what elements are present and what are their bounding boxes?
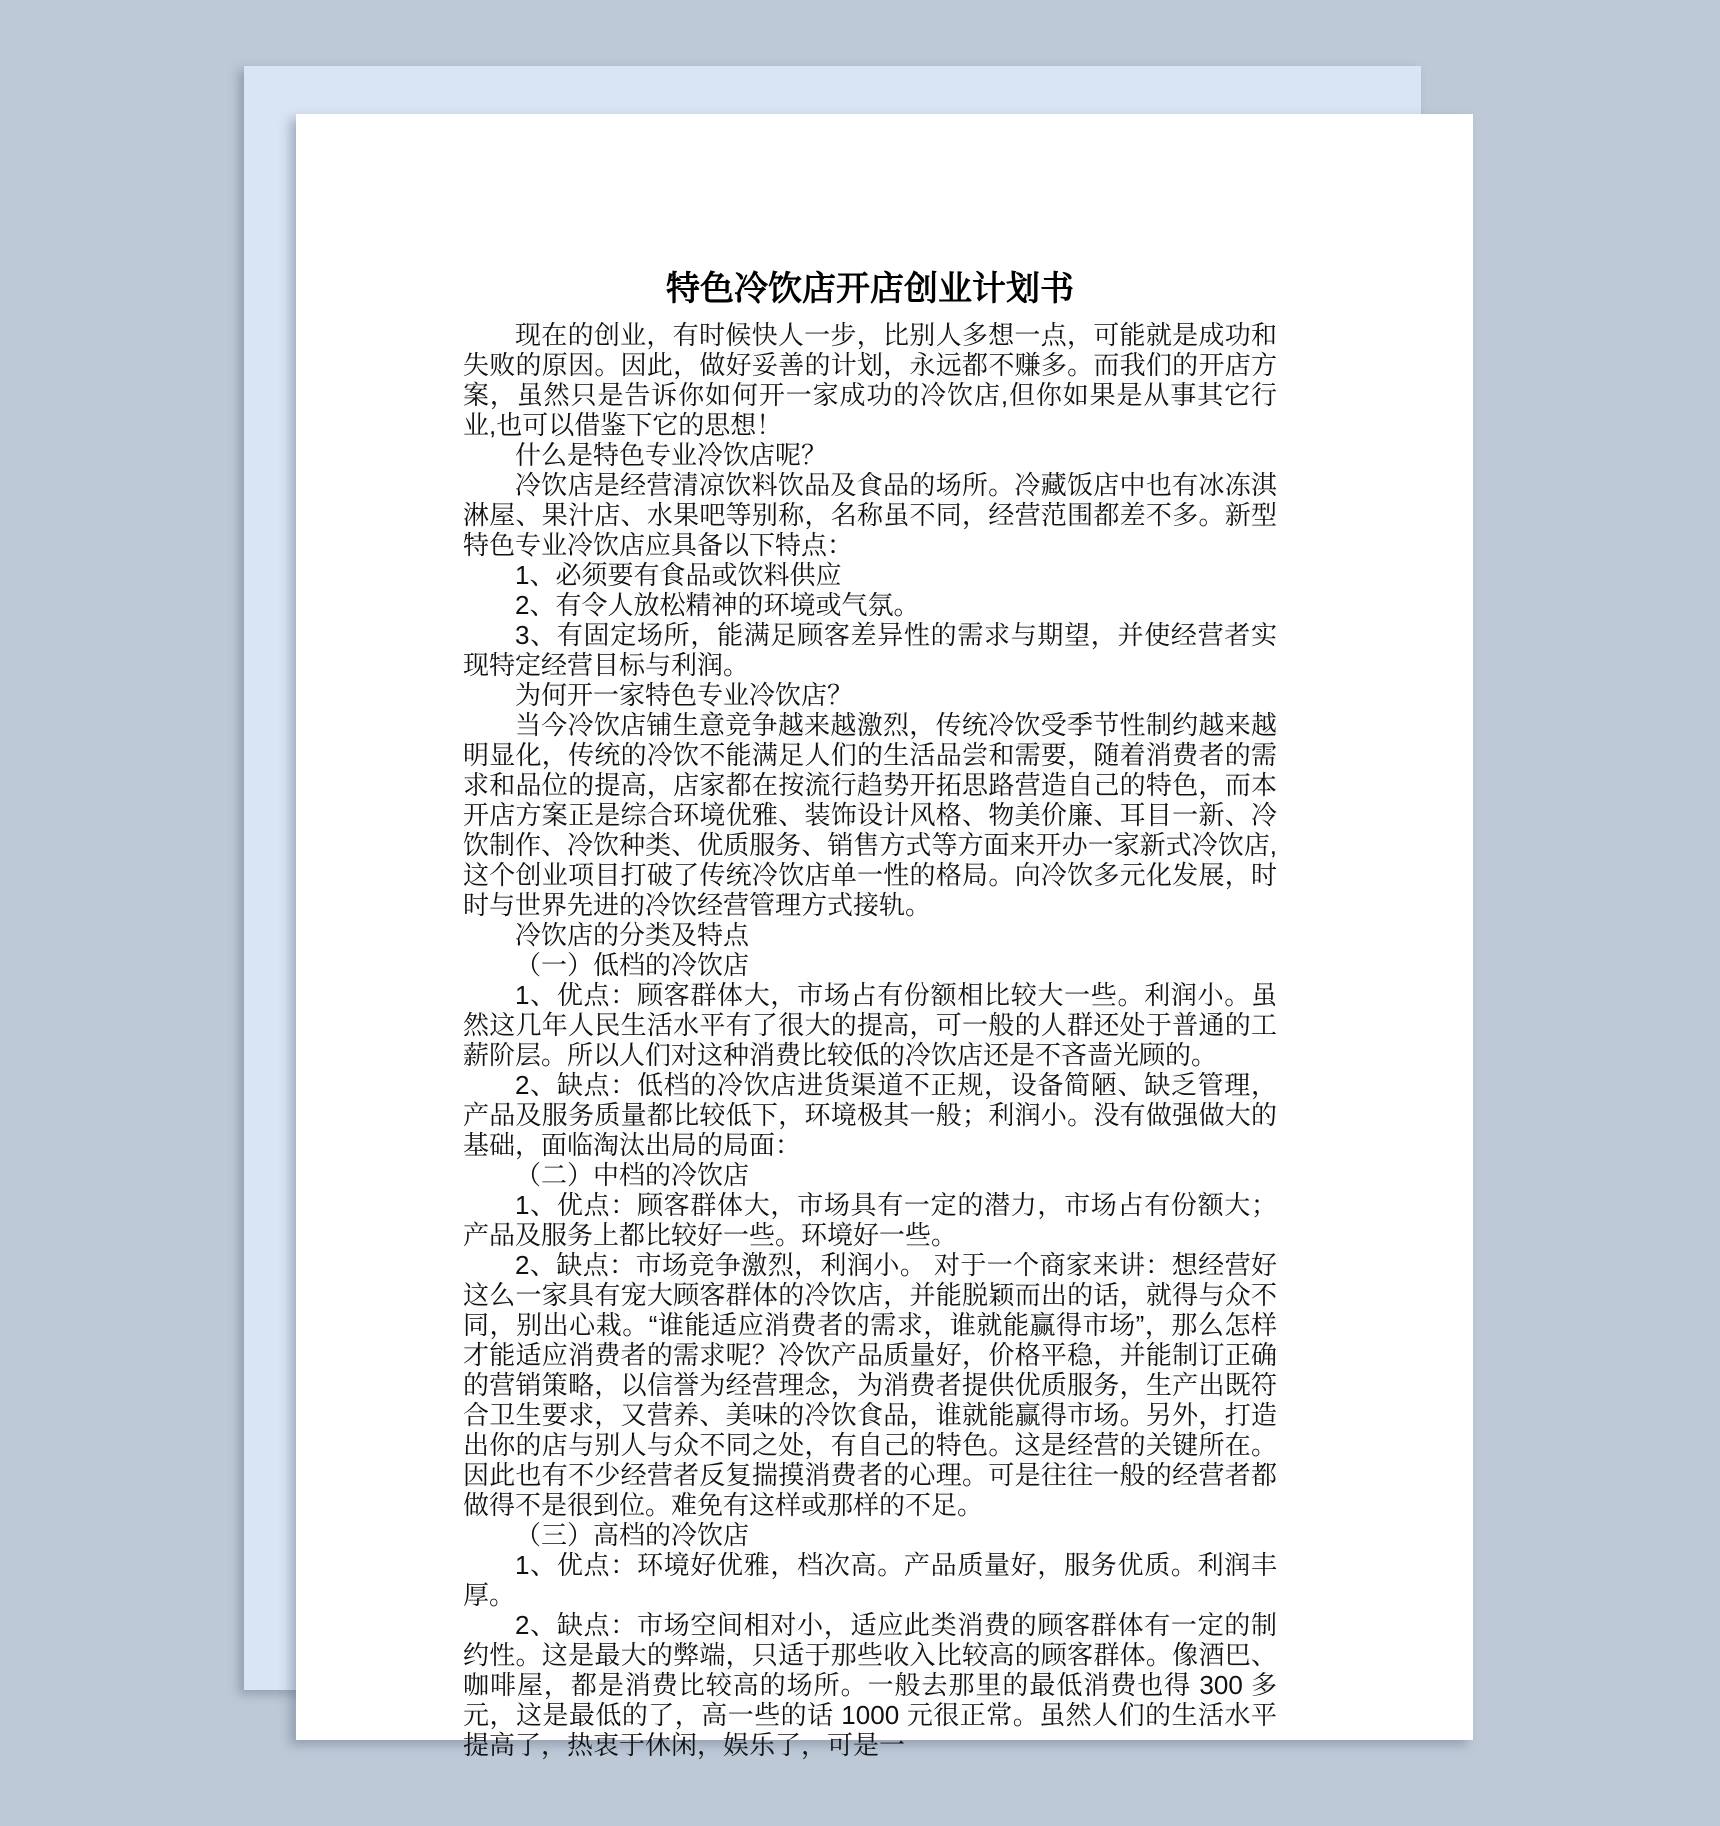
paragraph: 冷饮店是经营清凉饮料饮品及食品的场所。冷藏饭店中也有冰冻淇淋屋、果汁店、水果吧等… (463, 470, 1277, 560)
paragraph: 什么是特色专业冷饮店呢？ (463, 440, 1277, 470)
paragraph: 1、必须要有食品或饮料供应 (463, 560, 1277, 590)
document-title: 特色冷饮店开店创业计划书 (463, 270, 1277, 308)
paragraph: （二）中档的冷饮店 (463, 1160, 1277, 1190)
desk-background: { "colors": { "background": "#bdc9d7", "… (0, 0, 1720, 1826)
paragraph: 冷饮店的分类及特点 (463, 920, 1277, 950)
document-content: 特色冷饮店开店创业计划书 现在的创业，有时候快人一步，比别人多想一点，可能就是成… (296, 114, 1473, 1760)
paragraph: 1、优点：顾客群体大，市场具有一定的潜力，市场占有份额大；产品及服务上都比较好一… (463, 1190, 1277, 1250)
paragraph: 当今冷饮店铺生意竞争越来越激烈，传统冷饮受季节性制约越来越明显化，传统的冷饮不能… (463, 710, 1277, 920)
paragraph: 现在的创业，有时候快人一步，比别人多想一点，可能就是成功和失败的原因。因此，做好… (463, 320, 1277, 440)
paragraph: 2、缺点：市场竞争激烈，利润小。 对于一个商家来讲：想经营好这么一家具有宠大顾客… (463, 1250, 1277, 1520)
paragraph: （一）低档的冷饮店 (463, 950, 1277, 980)
document-page: 特色冷饮店开店创业计划书 现在的创业，有时候快人一步，比别人多想一点，可能就是成… (296, 114, 1473, 1740)
paragraph: 1、优点：环境好优雅，档次高。产品质量好，服务优质。利润丰厚。 (463, 1550, 1277, 1610)
paragraph: 2、有令人放松精神的环境或气氛。 (463, 590, 1277, 620)
paragraph: 2、缺点：市场空间相对小，适应此类消费的顾客群体有一定的制约性。这是最大的弊端，… (463, 1610, 1277, 1760)
paragraph: （三）高档的冷饮店 (463, 1520, 1277, 1550)
paragraph: 1、优点：顾客群体大，市场占有份额相比较大一些。利润小。虽然这几年人民生活水平有… (463, 980, 1277, 1070)
paragraph: 为何开一家特色专业冷饮店？ (463, 680, 1277, 710)
document-body: 现在的创业，有时候快人一步，比别人多想一点，可能就是成功和失败的原因。因此，做好… (463, 320, 1277, 1760)
paragraph: 3、有固定场所，能满足顾客差异性的需求与期望，并使经营者实现特定经营目标与利润。 (463, 620, 1277, 680)
paragraph: 2、缺点：低档的冷饮店进货渠道不正规，设备简陋、缺乏管理，产品及服务质量都比较低… (463, 1070, 1277, 1160)
